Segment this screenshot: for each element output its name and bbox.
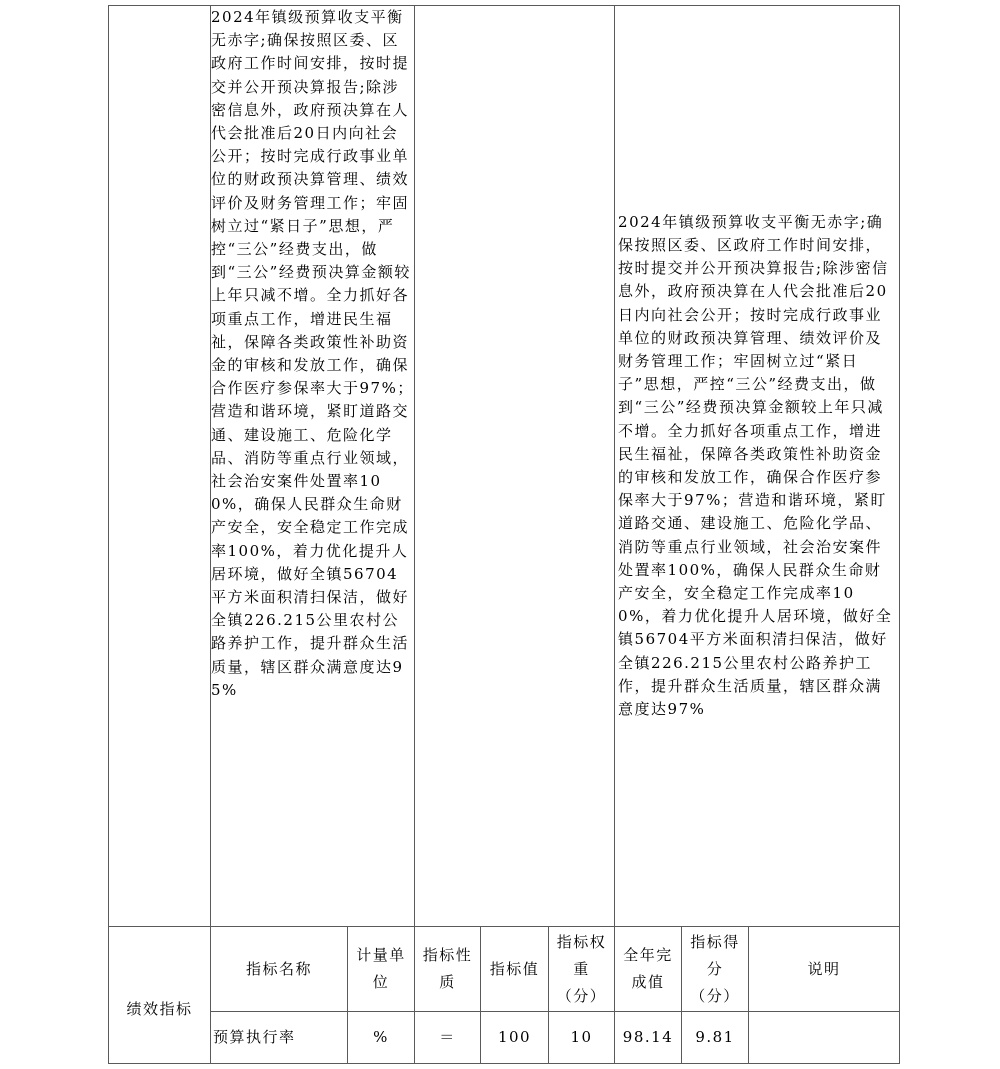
header-unit: 计量单 位	[348, 927, 415, 1012]
performance-table: 2024年镇级预算收支平衡无赤字;确保按照区委、区政府工作时间安排，按时提交并公…	[108, 5, 900, 1064]
goals-empty-cell	[415, 6, 615, 927]
header-nature-line: 质	[415, 969, 480, 996]
header-weight-line: 重	[549, 956, 614, 983]
header-nature: 指标性 质	[415, 927, 481, 1012]
header-weight-line: 指标权	[549, 929, 614, 956]
header-unit-line: 计量单	[348, 942, 414, 969]
indicator-header-row: 绩效指标 指标名称 计量单 位 指标性 质 指标值 指标权 重 （分） 全年完 …	[109, 927, 900, 1012]
header-weight-line: （分）	[549, 983, 614, 1010]
header-completion: 全年完 成值	[615, 927, 682, 1012]
indicator-unit: %	[348, 1012, 415, 1064]
header-score-line: 指标得	[682, 929, 748, 956]
indicator-note	[749, 1012, 900, 1064]
goals-label-cell	[109, 6, 211, 927]
header-score-line: 分	[682, 956, 748, 983]
indicator-name: 预算执行率	[211, 1012, 348, 1064]
table-row: 预算执行率 % ＝ 100 10 98.14 9.81	[109, 1012, 900, 1064]
indicator-weight: 10	[549, 1012, 615, 1064]
planned-goal-text: 2024年镇级预算收支平衡无赤字;确保按照区委、区政府工作时间安排，按时提交并公…	[211, 6, 415, 927]
header-completion-line: 成值	[615, 969, 681, 996]
header-nature-line: 指标性	[415, 942, 480, 969]
header-weight: 指标权 重 （分）	[549, 927, 615, 1012]
header-score: 指标得 分 （分）	[682, 927, 749, 1012]
goals-row: 2024年镇级预算收支平衡无赤字;确保按照区委、区政府工作时间安排，按时提交并公…	[109, 6, 900, 927]
indicator-completion: 98.14	[615, 1012, 682, 1064]
header-name: 指标名称	[211, 927, 348, 1012]
header-value: 指标值	[481, 927, 549, 1012]
actual-goal-text: 2024年镇级预算收支平衡无赤字;确保按照区委、区政府工作时间安排，按时提交并公…	[615, 6, 900, 927]
header-unit-line: 位	[348, 969, 414, 996]
indicator-score: 9.81	[682, 1012, 749, 1064]
indicator-nature: ＝	[415, 1012, 481, 1064]
header-score-line: （分）	[682, 983, 748, 1010]
header-completion-line: 全年完	[615, 942, 681, 969]
header-note: 说明	[749, 927, 900, 1012]
section-label: 绩效指标	[109, 927, 211, 1064]
indicator-value: 100	[481, 1012, 549, 1064]
